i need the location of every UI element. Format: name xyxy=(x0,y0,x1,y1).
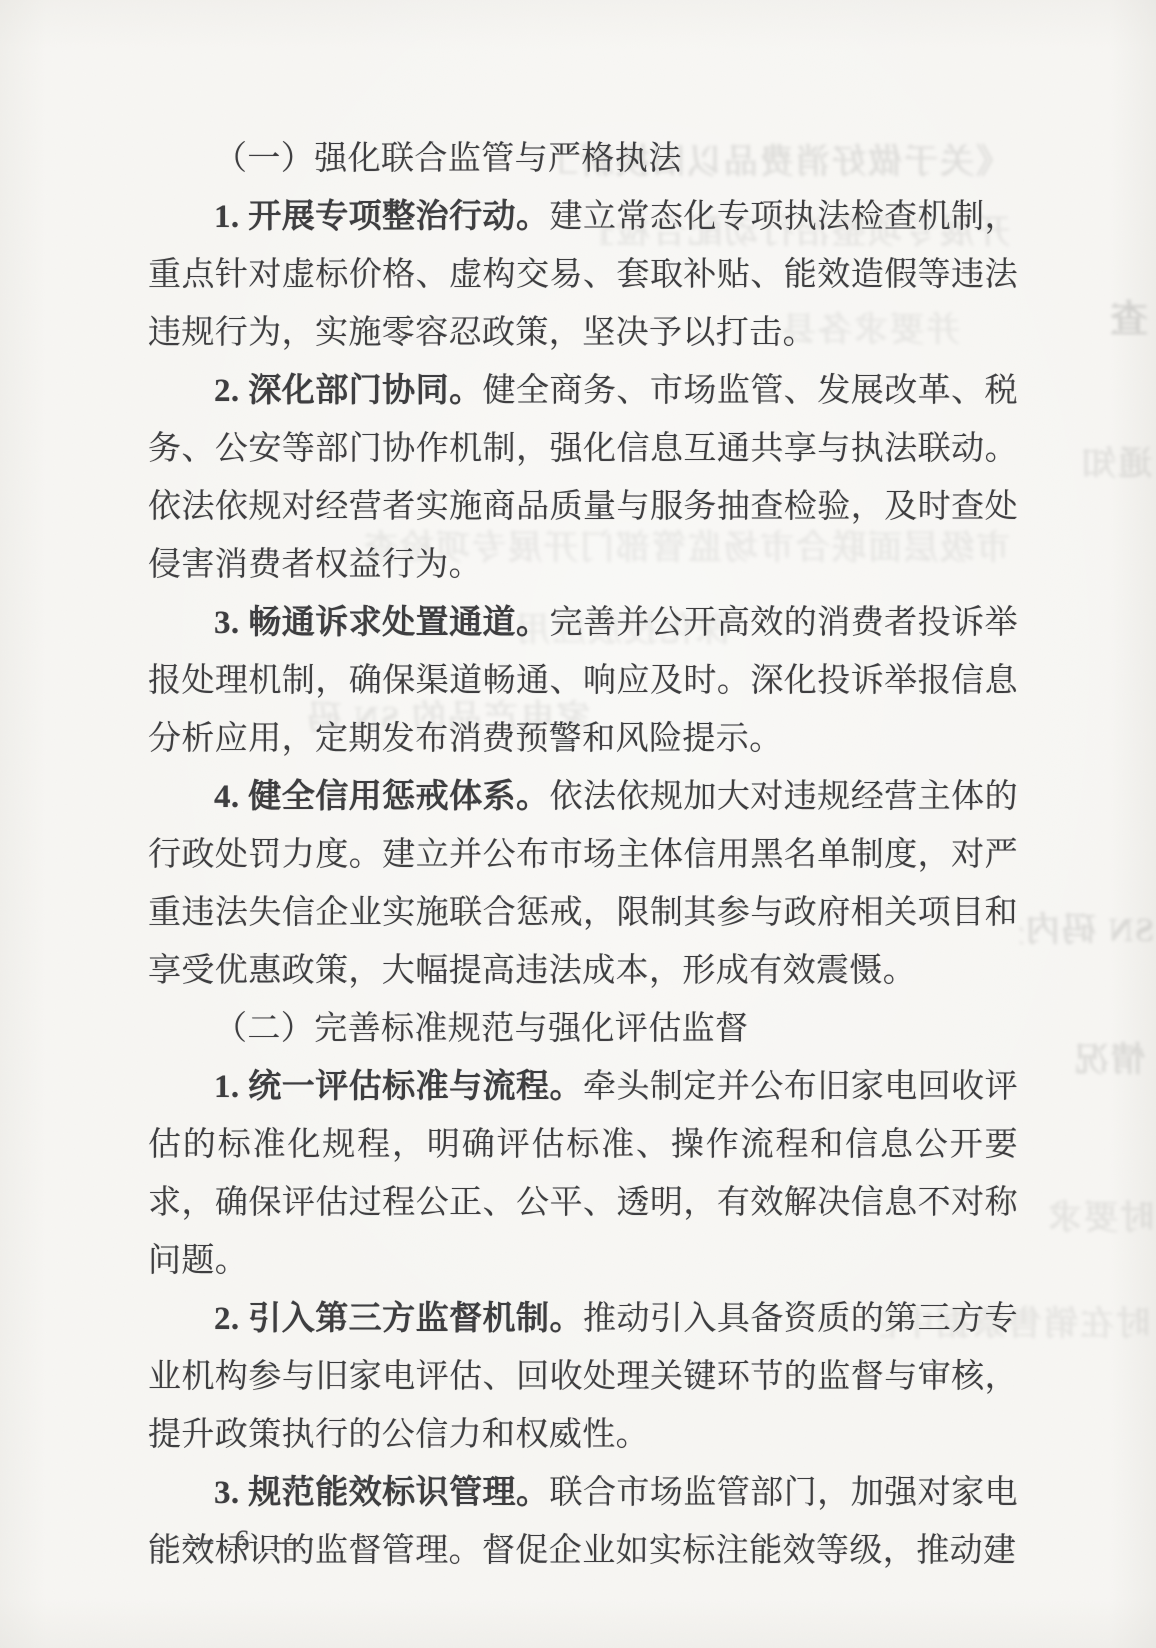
bleedthrough-text: 查 xyxy=(1038,288,1148,343)
paragraph-1-4: 4. 健全信用惩戒体系。依法依规加大对违规经营主体的行政处罚力度。建立并公布市场… xyxy=(148,768,1018,1000)
document-body: （一）强化联合监管与严格执法 1. 开展专项整治行动。建立常态化专项执法检查机制… xyxy=(148,130,1018,1580)
item-lead: 1. 统一评估标准与流程。 xyxy=(214,1069,583,1105)
paragraph-1-2: 2. 深化部门协同。健全商务、市场监管、发展改革、税务、公安等部门协作机制，强化… xyxy=(148,362,1018,594)
bleedthrough-text: 通知 xyxy=(1022,436,1152,485)
item-lead: 2. 引入第三方监督机制。 xyxy=(214,1301,583,1337)
item-lead: 1. 开展专项整治行动。 xyxy=(214,199,550,235)
page-number: — 6 — xyxy=(183,1524,308,1558)
item-lead: 4. 健全信用惩戒体系。 xyxy=(214,779,550,815)
bleedthrough-text: SN 码内外 xyxy=(1020,902,1154,951)
paragraph-1-1: 1. 开展专项整治行动。建立常态化专项执法检查机制，重点针对虚标价格、虚构交易、… xyxy=(148,188,1018,362)
document-page: 《关于做好消费品以旧换新工作》 开展专项整治行动配合检查 查 并要求各县 通知 … xyxy=(0,0,1156,1648)
item-lead: 2. 深化部门协同。 xyxy=(214,373,483,409)
item-lead: 3. 规范能效标识管理。 xyxy=(214,1475,550,1511)
item-lead: 3. 畅通诉求处置通道。 xyxy=(214,605,550,641)
paragraph-2-1: 1. 统一评估标准与流程。牵头制定并公布旧家电回收评估的标准化规程，明确评估标准… xyxy=(148,1058,1018,1290)
section-heading-1: （一）强化联合监管与严格执法 xyxy=(148,130,1018,188)
section-heading-2: （二）完善标准规范与强化评估监督 xyxy=(148,1000,1018,1058)
paragraph-2-2: 2. 引入第三方监督机制。推动引入具备资质的第三方专业机构参与旧家电评估、回收处… xyxy=(148,1290,1018,1464)
paragraph-2-3: 3. 规范能效标识管理。联合市场监管部门，加强对家电能效标识的监督管理。督促企业… xyxy=(148,1464,1018,1580)
paragraph-1-3: 3. 畅通诉求处置通道。完善并公开高效的消费者投诉举报处理机制，确保渠道畅通、响… xyxy=(148,594,1018,768)
bleedthrough-text: 情况 xyxy=(1025,1032,1145,1081)
bleedthrough-text: 时要求 xyxy=(1020,1190,1154,1239)
